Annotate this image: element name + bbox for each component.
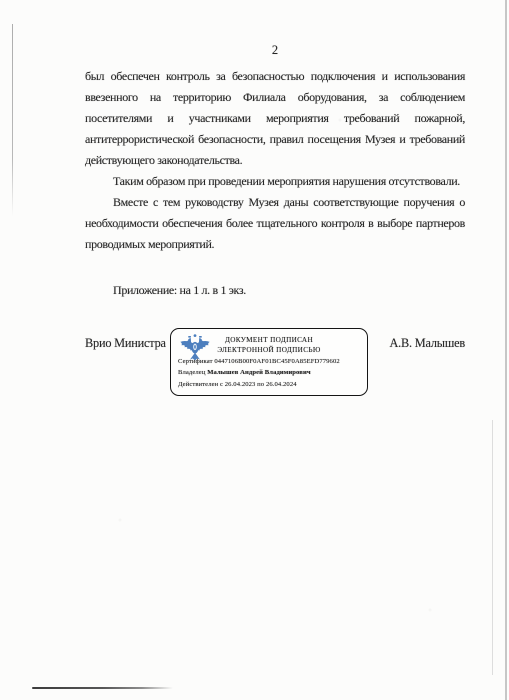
signer-position-title: Врио Министра — [85, 333, 166, 354]
owner-name: Малышев Андрей Владимирович — [207, 369, 310, 376]
stamp-owner-line: Владелец Малышев Андрей Владимирович — [178, 367, 362, 378]
scanned-document-page: 2 был обеспечен контроль за безопасность… — [0, 0, 509, 700]
stamp-title-line1: ДОКУМЕНТ ПОДПИСАН — [171, 336, 367, 346]
body-paragraph: был обеспечен контроль за безопасностью … — [85, 66, 465, 171]
scan-artifact-right-edge — [505, 0, 507, 700]
stamp-certificate-line: Сертификат 0447106B00F0AF01BC45F0A85EFD7… — [178, 356, 362, 367]
stamp-details: Сертификат 0447106B00F0AF01BC45F0A85EFD7… — [178, 356, 362, 390]
document-text-column: 2 был обеспечен контроль за безопасность… — [85, 40, 465, 354]
body-paragraph: Вместе с тем руководству Музея даны соот… — [85, 192, 465, 255]
stamp-title-line2: ЭЛЕКТРОННОЙ ПОДПИСЬЮ — [171, 346, 367, 356]
body-paragraph: Таким образом при проведении мероприятия… — [85, 171, 465, 192]
scan-artifact-left-line — [12, 24, 13, 216]
stamp-validity-line: Действителен с 26.04.2023 по 26.04.2024 — [178, 379, 362, 390]
scan-artifact-bottom-line — [32, 687, 173, 689]
owner-label: Владелец — [178, 369, 205, 376]
page-number: 2 — [85, 40, 465, 61]
electronic-signature-stamp: ДОКУМЕНТ ПОДПИСАН ЭЛЕКТРОННОЙ ПОДПИСЬЮ С… — [170, 328, 368, 396]
scan-artifact-right-inner — [492, 420, 493, 675]
signer-name: А.В. Малышев — [389, 333, 465, 354]
certificate-label: Сертификат — [178, 358, 213, 365]
attachment-line: Приложение: на 1 л. в 1 экз. — [85, 280, 465, 301]
stamp-title: ДОКУМЕНТ ПОДПИСАН ЭЛЕКТРОННОЙ ПОДПИСЬЮ — [171, 336, 367, 355]
certificate-value: 0447106B00F0AF01BC45F0A85EFD779602 — [214, 358, 339, 365]
